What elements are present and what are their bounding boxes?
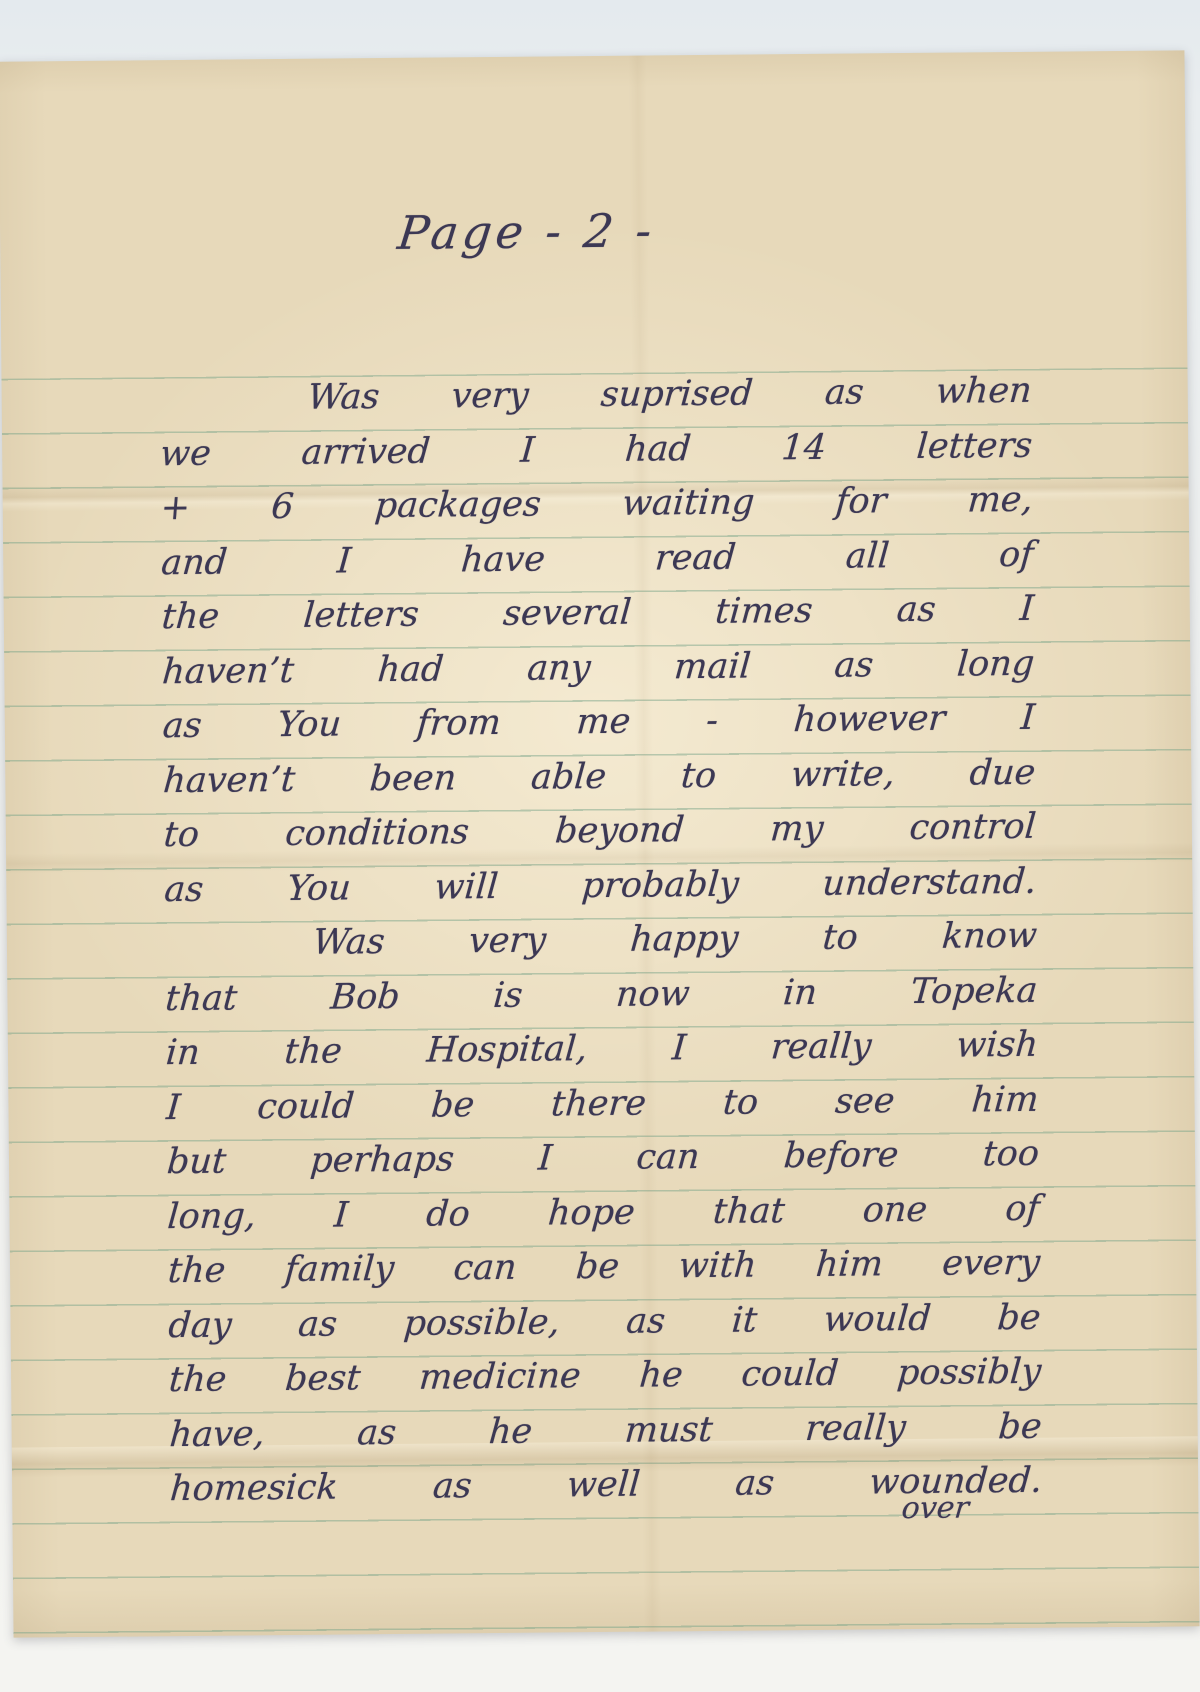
handwritten-line: + 6 packages waiting for me,: [159, 473, 1035, 536]
handwritten-line: long, I do hope that one of: [165, 1181, 1041, 1244]
letter-body: Was very suprised as whenwe arrived I ha…: [159, 364, 1042, 1517]
handwritten-line: as You will probably understand.: [162, 854, 1038, 917]
handwritten-line: but perhaps I can before too: [165, 1127, 1041, 1190]
handwritten-line: have, as he must really be: [168, 1399, 1044, 1462]
handwritten-line: and I have read all of: [159, 527, 1035, 590]
scanned-letter-page: Page - 2 - Was very suprised as whenwe a…: [0, 0, 1200, 1692]
page-header: Page - 2 -: [395, 203, 658, 260]
handwritten-line: the family can be with him every: [166, 1236, 1042, 1299]
letter-paper: Page - 2 - Was very suprised as whenwe a…: [0, 50, 1200, 1637]
handwritten-line: in the Hospital, I really wish: [164, 1018, 1040, 1081]
handwritten-line: Was very happy to know: [163, 909, 1039, 972]
handwritten-line: we arrived I had 14 letters: [158, 418, 1034, 481]
handwritten-line: haven’t been able to write, due: [161, 745, 1037, 808]
handwritten-line: as You from me - however I: [161, 691, 1037, 754]
handwritten-line: day as possible, as it would be: [166, 1290, 1042, 1353]
handwritten-line: that Bob is now in Topeka: [163, 963, 1039, 1026]
over-note: over: [859, 1490, 1012, 1526]
handwritten-line: I could be there to see him: [164, 1072, 1040, 1135]
handwritten-line: the best medicine he could possibly: [167, 1345, 1043, 1408]
handwritten-line: Was very suprised as when: [158, 364, 1034, 427]
handwritten-line: haven’t had any mail as long: [160, 636, 1036, 699]
handwritten-line: to conditions beyond my control: [162, 800, 1038, 863]
handwritten-line: the letters several times as I: [160, 582, 1036, 645]
